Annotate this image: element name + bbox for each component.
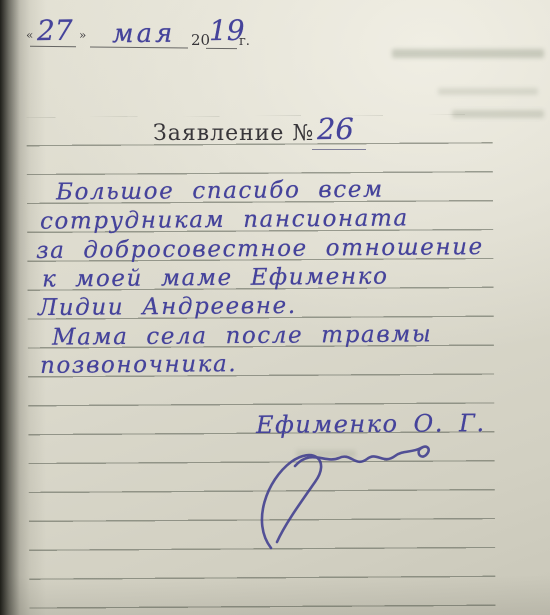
statement-number-underline [312,149,366,150]
date-month: мая [112,19,176,50]
signature-flourish [243,436,453,556]
statement-title: Заявление № [153,121,314,146]
handwritten-line: сотрудникам пансионата [40,205,409,234]
date-open-quote: « [26,28,33,42]
bleed-through-text [392,49,544,58]
handwritten-line: за добросовестное отношение [36,234,484,264]
handwritten-line: Лидии Андреевне. [38,293,297,321]
signed-by-name: Ефименко О. Г. [256,409,486,439]
handwritten-line: Мама села после травмы [52,321,432,350]
date-day-underline [30,46,76,48]
date-close-quote: » [79,28,86,42]
bleed-through-text [452,110,544,118]
handwritten-line: к моей маме Ефименко [42,263,389,292]
date-day: 27 [37,14,73,47]
date-year-prefix: 20 [191,31,210,49]
date-year-suffix: г. [239,34,250,49]
bottom-edge-shadow [0,575,550,615]
bleed-through-text [438,88,538,95]
notebook-page-photo: « 27 » мая 20 19 г. Заявление № 26 Больш… [0,0,550,615]
handwritten-line: позвоночника. [40,351,237,379]
statement-number: 26 [317,112,354,146]
date-year-underline [206,48,237,50]
handwritten-line: Большое спасибо всем [56,177,384,206]
